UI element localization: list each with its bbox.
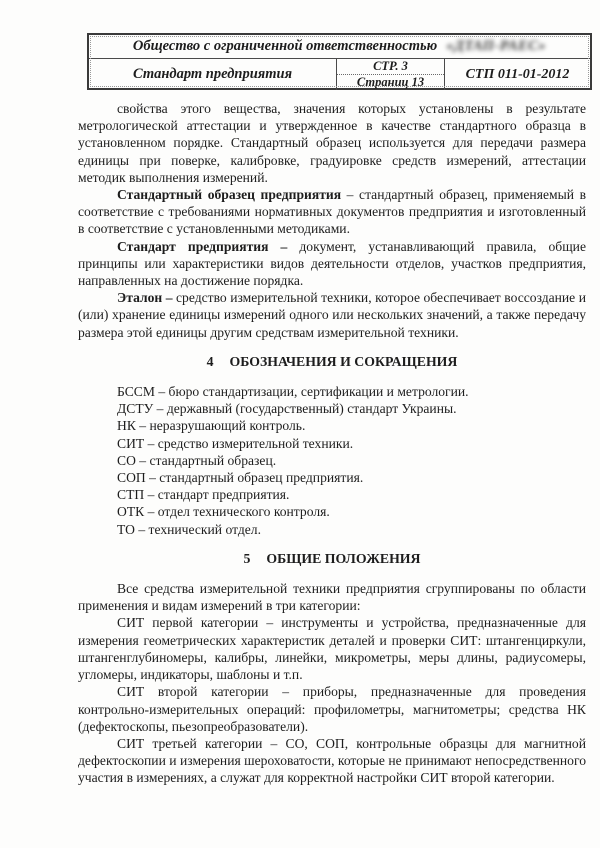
paragraph-category-1: СИТ первой категории – инструменты и уст… <box>78 614 586 683</box>
section4-title: ОБОЗНАЧЕНИЯ И СОКРАЩЕНИЯ <box>230 354 458 369</box>
section4-heading: 4ОБОЗНАЧЕНИЯ И СОКРАЩЕНИЯ <box>78 353 586 370</box>
org-name-redacted: «ДТАП-РАЕС» <box>446 38 546 55</box>
pages-count-label: Страниц 13 <box>337 75 444 90</box>
abbreviation-item: ДСТУ – державный (государственный) станд… <box>78 400 586 417</box>
doc-number-cell: СТП 011-01-2012 <box>445 59 590 90</box>
paragraph-term-enterprise-standard: Стандарт предприятия – документ, устанав… <box>78 238 586 290</box>
abbreviation-item: СО – стандартный образец. <box>78 452 586 469</box>
abbreviations-list: БССМ – бюро стандартизации, сертификации… <box>78 383 586 538</box>
doc-type-cell: Стандарт предприятия <box>89 59 337 90</box>
section5-number: 5 <box>243 551 250 566</box>
paragraph-term-standard-sample: Стандартный образец предприятия – станда… <box>78 186 586 238</box>
paragraph-category-2: СИТ второй категории – приборы, предназн… <box>78 683 586 735</box>
abbreviation-item: СТП – стандарт предприятия. <box>78 486 586 503</box>
paragraph-term-etalon: Эталон – средство измерительной техники,… <box>78 289 586 341</box>
abbreviation-item: БССМ – бюро стандартизации, сертификации… <box>78 383 586 400</box>
term-lead: Стандартный образец предприятия <box>117 187 341 202</box>
abbreviation-item: НК – неразрушающий контроль. <box>78 417 586 434</box>
abbreviation-item: ТО – технический отдел. <box>78 521 586 538</box>
term-lead: Эталон – <box>117 290 173 305</box>
abbreviation-item: ОТК – отдел технического контроля. <box>78 503 586 520</box>
paragraph-category-3: СИТ третьей категории – СО, СОП, контрол… <box>78 735 586 787</box>
section5-heading: 5ОБЩИЕ ПОЛОЖЕНИЯ <box>78 550 586 567</box>
page-info-cell: СТР. 3 Страниц 13 <box>337 59 445 90</box>
paragraph-categories-intro: Все средства измерительной техники предп… <box>78 580 586 614</box>
header-table: Общество с ограниченной ответственностью… <box>87 33 592 90</box>
section4-number: 4 <box>207 354 214 369</box>
section5-title: ОБЩИЕ ПОЛОЖЕНИЯ <box>266 551 420 566</box>
org-title-row: Общество с ограниченной ответственностью… <box>89 35 590 59</box>
term-lead: Стандарт предприятия – <box>117 239 287 254</box>
abbreviation-item: СОП – стандартный образец предприятия. <box>78 469 586 486</box>
document-body: свойства этого вещества, значения которы… <box>78 100 586 787</box>
doc-type-label: Стандарт предприятия <box>133 66 292 83</box>
doc-number-label: СТП 011-01-2012 <box>466 67 570 83</box>
header-second-row: Стандарт предприятия СТР. 3 Страниц 13 С… <box>89 59 590 90</box>
paragraph-term-continuation: свойства этого вещества, значения которы… <box>78 100 586 186</box>
document-page: Общество с ограниченной ответственностью… <box>0 0 600 848</box>
abbreviation-item: СИТ – средство измерительной техники. <box>78 435 586 452</box>
org-title: Общество с ограниченной ответственностью <box>133 38 437 55</box>
term-text: свойства этого вещества, значения которы… <box>78 101 586 185</box>
page-number-label: СТР. 3 <box>337 59 444 75</box>
